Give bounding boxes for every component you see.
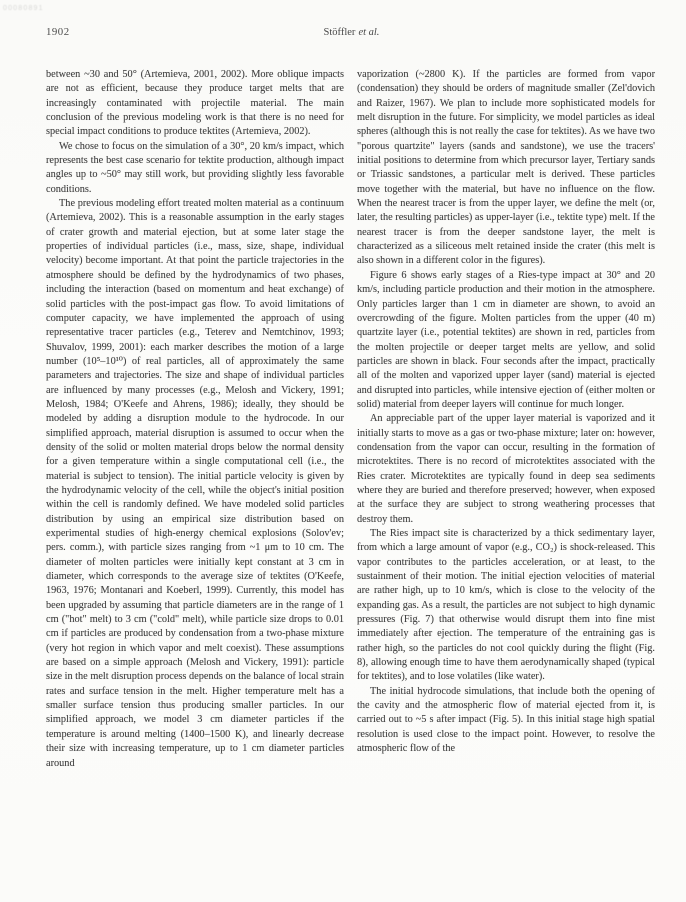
two-column-text-block: between ~30 and 50° (Artemieva, 2001, 20… — [46, 68, 655, 771]
page-header: 1902 Stöffleret al. — [46, 26, 657, 42]
paragraph: We chose to focus on the simulation of a… — [46, 140, 344, 197]
paragraph: vaporization (~2800 K). If the particles… — [357, 68, 655, 269]
paragraph: Figure 6 shows early stages of a Ries-ty… — [357, 269, 655, 412]
scan-artifact-stamp: 00080891 — [3, 5, 44, 12]
right-column: vaporization (~2800 K). If the particles… — [357, 68, 655, 771]
running-head-etal: et al. — [358, 27, 379, 38]
paragraph: between ~30 and 50° (Artemieva, 2001, 20… — [46, 68, 344, 140]
document-page: 00080891 1902 Stöffleret al. between ~30… — [0, 0, 686, 902]
running-head: Stöffleret al. — [46, 27, 657, 38]
paragraph: The Ries impact site is characterized by… — [357, 527, 655, 685]
left-column: between ~30 and 50° (Artemieva, 2001, 20… — [46, 68, 344, 771]
paragraph: The initial hydrocode simulations, that … — [357, 685, 655, 757]
paragraph: The previous modeling effort treated mol… — [46, 197, 344, 771]
paragraph: An appreciable part of the upper layer m… — [357, 412, 655, 527]
running-head-author: Stöffler — [324, 27, 356, 38]
